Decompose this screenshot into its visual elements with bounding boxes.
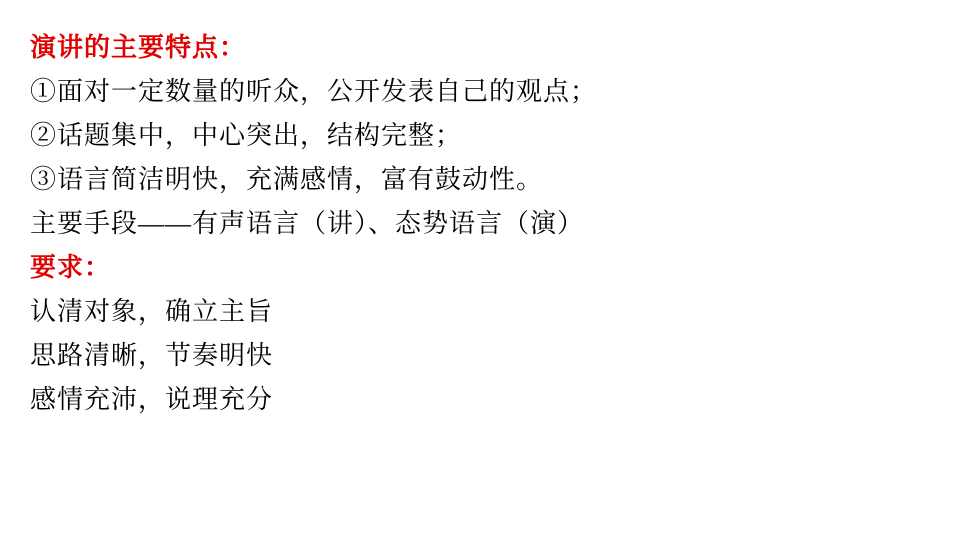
requirement-item-2: 思路清晰，节奏明快: [30, 334, 940, 378]
slide-text-block: 演讲的主要特点： ①面对一定数量的听众，公开发表自己的观点； ②话题集中，中心突…: [30, 26, 940, 422]
feature-item-1: ①面对一定数量的听众，公开发表自己的观点；: [30, 70, 940, 114]
requirement-item-1: 认清对象，确立主旨: [30, 290, 940, 334]
heading-requirements: 要求：: [30, 246, 940, 290]
requirement-item-3: 感情充沛，说理充分: [30, 378, 940, 422]
heading-speech-main-features: 演讲的主要特点：: [30, 26, 940, 70]
main-means-line: 主要手段——有声语言（讲）、态势语言（演）: [30, 202, 940, 246]
presentation-slide: 演讲的主要特点： ①面对一定数量的听众，公开发表自己的观点； ②话题集中，中心突…: [0, 0, 960, 540]
feature-item-3: ③语言简洁明快，充满感情，富有鼓动性。: [30, 158, 940, 202]
feature-item-2: ②话题集中，中心突出，结构完整；: [30, 114, 940, 158]
